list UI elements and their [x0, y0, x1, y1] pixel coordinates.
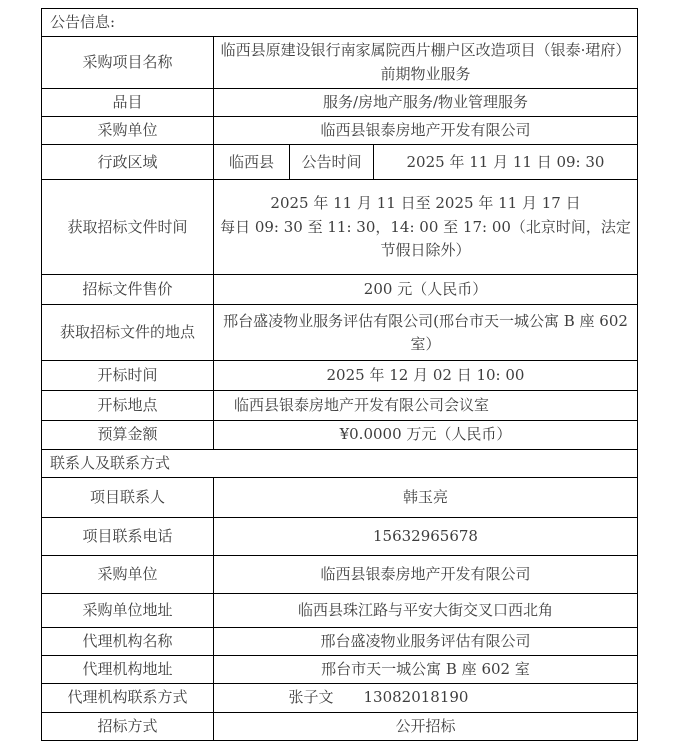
contact-phone-value: 15632965678 — [214, 517, 638, 555]
doc-obtain-time-value: 2025 年 11 月 11 日至 2025 年 11 月 17 日 每日 09… — [214, 180, 638, 275]
procurement-announcement-table: 公告信息: 采购项目名称 临西县原建设银行南家属院西片棚户区改造项目（银泰·珺府… — [41, 8, 638, 741]
row-project-name: 采购项目名称 临西县原建设银行南家属院西片棚户区改造项目（银泰·珺府）前期物业服… — [42, 37, 638, 89]
row-purchaser: 采购单位 临西县银泰房地产开发有限公司 — [42, 117, 638, 145]
row-announcement-section: 公告信息: — [42, 9, 638, 37]
region-label: 行政区域 — [42, 145, 214, 180]
agency-contact-label: 代理机构联系方式 — [42, 684, 214, 712]
contact-section-title: 联系人及联系方式 — [42, 449, 638, 477]
row-budget: 预算金额 ¥0.0000 万元（人民币） — [42, 421, 638, 449]
row-contact-section: 联系人及联系方式 — [42, 449, 638, 477]
row-agency-address: 代理机构地址 邢台市天一城公寓 B 座 602 室 — [42, 656, 638, 684]
agency-name-label: 代理机构名称 — [42, 627, 214, 655]
purchaser-value: 临西县银泰房地产开发有限公司 — [214, 117, 638, 145]
doc-price-label: 招标文件售价 — [42, 275, 214, 305]
contact-purchaser-value: 临西县银泰房地产开发有限公司 — [214, 555, 638, 593]
publish-time-label: 公告时间 — [290, 145, 374, 180]
row-bid-open-place: 开标地点 临西县银泰房地产开发有限公司会议室 — [42, 391, 638, 421]
contact-phone-label: 项目联系电话 — [42, 517, 214, 555]
row-agency-contact: 代理机构联系方式 张子文 13082018190 — [42, 684, 638, 712]
row-contact-phone: 项目联系电话 15632965678 — [42, 517, 638, 555]
contact-person-value: 韩玉亮 — [214, 477, 638, 517]
purchaser-address-label: 采购单位地址 — [42, 593, 214, 627]
region-value: 临西县 — [214, 145, 290, 180]
bid-open-place-label: 开标地点 — [42, 391, 214, 421]
doc-obtain-place-value: 邢台盛凌物业服务评估有限公司(邢台市天一城公寓 B 座 602 室） — [214, 305, 638, 361]
bid-method-value: 公开招标 — [214, 712, 638, 740]
agency-name-value: 邢台盛凌物业服务评估有限公司 — [214, 627, 638, 655]
row-purchaser-address: 采购单位地址 临西县珠江路与平安大街交叉口西北角 — [42, 593, 638, 627]
row-bid-method: 招标方式 公开招标 — [42, 712, 638, 740]
bid-open-place-value: 临西县银泰房地产开发有限公司会议室 — [214, 391, 638, 421]
contact-person-label: 项目联系人 — [42, 477, 214, 517]
publish-time-value: 2025 年 11 月 11 日 09: 30 — [374, 145, 638, 180]
row-region-and-publish-time: 行政区域 临西县 公告时间 2025 年 11 月 11 日 09: 30 — [42, 145, 638, 180]
category-value: 服务/房地产服务/物业管理服务 — [214, 88, 638, 116]
bid-open-time-value: 2025 年 12 月 02 日 10: 00 — [214, 361, 638, 391]
budget-label: 预算金额 — [42, 421, 214, 449]
row-doc-obtain-place: 获取招标文件的地点 邢台盛凌物业服务评估有限公司(邢台市天一城公寓 B 座 60… — [42, 305, 638, 361]
row-category: 品目 服务/房地产服务/物业管理服务 — [42, 88, 638, 116]
row-bid-open-time: 开标时间 2025 年 12 月 02 日 10: 00 — [42, 361, 638, 391]
budget-value: ¥0.0000 万元（人民币） — [214, 421, 638, 449]
agency-contact-value: 张子文 13082018190 — [214, 684, 638, 712]
row-agency-name: 代理机构名称 邢台盛凌物业服务评估有限公司 — [42, 627, 638, 655]
bid-method-label: 招标方式 — [42, 712, 214, 740]
row-doc-obtain-time: 获取招标文件时间 2025 年 11 月 11 日至 2025 年 11 月 1… — [42, 180, 638, 275]
project-name-value: 临西县原建设银行南家属院西片棚户区改造项目（银泰·珺府）前期物业服务 — [214, 37, 638, 89]
agency-address-label: 代理机构地址 — [42, 656, 214, 684]
agency-address-value: 邢台市天一城公寓 B 座 602 室 — [214, 656, 638, 684]
project-name-label: 采购项目名称 — [42, 37, 214, 89]
row-doc-price: 招标文件售价 200 元（人民币） — [42, 275, 638, 305]
purchaser-label: 采购单位 — [42, 117, 214, 145]
announcement-section-title: 公告信息: — [42, 9, 638, 37]
purchaser-address-value: 临西县珠江路与平安大街交叉口西北角 — [214, 593, 638, 627]
doc-obtain-time-label: 获取招标文件时间 — [42, 180, 214, 275]
bid-open-time-label: 开标时间 — [42, 361, 214, 391]
row-contact-purchaser: 采购单位 临西县银泰房地产开发有限公司 — [42, 555, 638, 593]
contact-purchaser-label: 采购单位 — [42, 555, 214, 593]
doc-price-value: 200 元（人民币） — [214, 275, 638, 305]
doc-obtain-place-label: 获取招标文件的地点 — [42, 305, 214, 361]
row-contact-person: 项目联系人 韩玉亮 — [42, 477, 638, 517]
category-label: 品目 — [42, 88, 214, 116]
